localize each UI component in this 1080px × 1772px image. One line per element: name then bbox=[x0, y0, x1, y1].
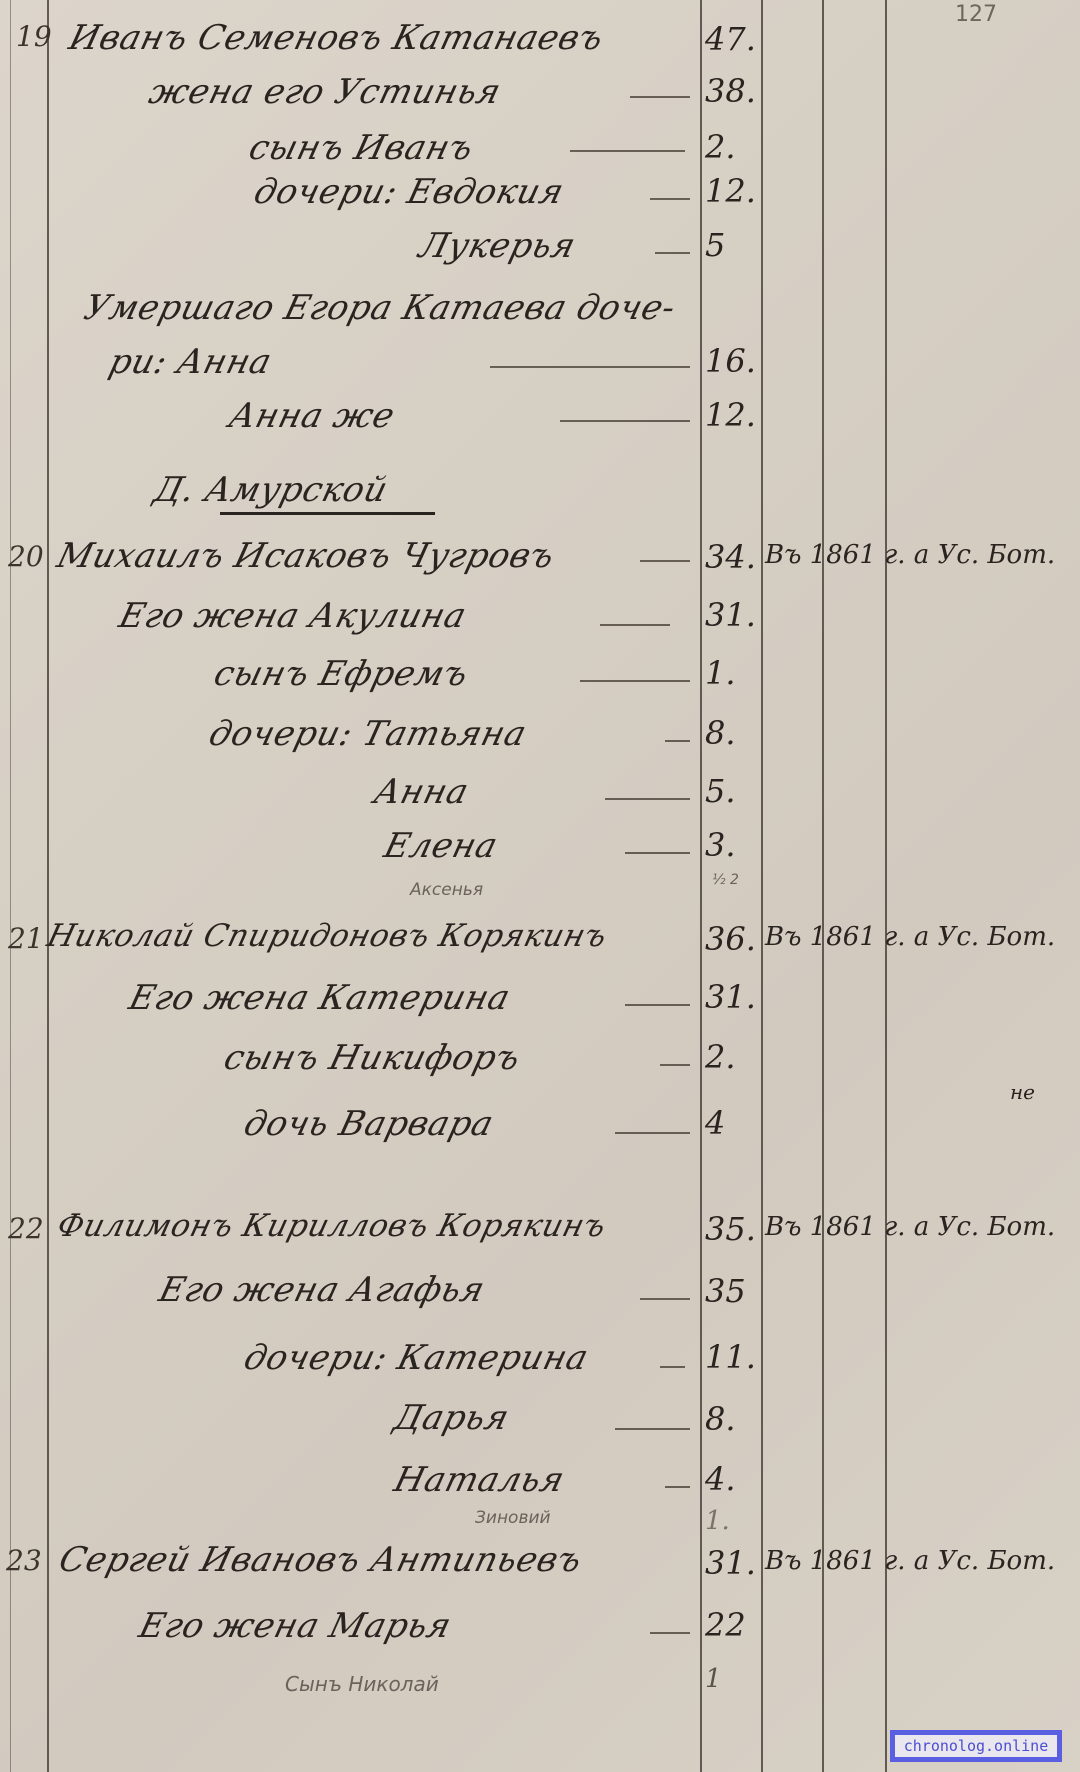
member-name: дочь Варвара bbox=[240, 1104, 498, 1144]
member-name: Умершаго Егора Катаева доче- bbox=[80, 288, 680, 328]
dash bbox=[650, 1632, 690, 1634]
dash bbox=[605, 798, 690, 800]
dash bbox=[490, 366, 690, 368]
age: 8. bbox=[705, 714, 736, 752]
entry-number: 22 bbox=[8, 1212, 44, 1245]
pencil-name-note: Зиновий bbox=[475, 1508, 551, 1528]
member-name: Наталья bbox=[390, 1460, 569, 1500]
dash bbox=[665, 1486, 690, 1488]
dash bbox=[615, 1132, 690, 1134]
age: 35. bbox=[705, 1210, 756, 1248]
dash bbox=[660, 1064, 690, 1066]
age: 16. bbox=[705, 342, 756, 380]
household-head: Филимонъ Кирилловъ Корякинъ bbox=[54, 1208, 610, 1244]
dash bbox=[655, 252, 690, 254]
member-name: Его жена Акулина bbox=[115, 596, 470, 636]
age: 12. bbox=[705, 172, 756, 210]
age: 5. bbox=[705, 772, 736, 810]
dash bbox=[665, 740, 690, 742]
remark: Въ 1861 г. а Ус. Бот. bbox=[765, 540, 1055, 570]
member-name: Анна bbox=[370, 772, 473, 812]
household-head: Иванъ Семеновъ Катанаевъ bbox=[65, 18, 607, 58]
dash bbox=[570, 150, 685, 152]
age: 3. bbox=[705, 826, 736, 864]
entry-number: 23 bbox=[6, 1544, 42, 1577]
household-head: Сергей Ивановъ Антипьевъ bbox=[55, 1540, 586, 1580]
age: 31. bbox=[705, 596, 756, 634]
remark: Въ 1861 г. а Ус. Бот. bbox=[765, 1546, 1055, 1576]
village-header-underline bbox=[220, 512, 435, 515]
age: 22 bbox=[705, 1606, 746, 1644]
dash bbox=[640, 1298, 690, 1300]
watermark-badge: chronolog.online bbox=[890, 1730, 1062, 1762]
column-rule-age bbox=[700, 0, 702, 1772]
age: 12. bbox=[705, 396, 756, 434]
pencil-age: 1. bbox=[705, 1506, 730, 1536]
pencil-name-note: Сынъ Николай bbox=[285, 1672, 439, 1696]
remark: Въ 1861 г. а Ус. Бот. bbox=[765, 922, 1055, 952]
dash bbox=[580, 680, 690, 682]
column-rule-remark-3 bbox=[885, 0, 887, 1772]
member-name: Лукерья bbox=[415, 226, 580, 266]
member-name: Его жена Катерина bbox=[125, 978, 514, 1018]
column-rule-remark-2 bbox=[822, 0, 824, 1772]
age: 4 bbox=[705, 1104, 725, 1142]
member-name: Елена bbox=[380, 826, 502, 866]
age: 5 bbox=[705, 226, 725, 264]
column-rule-number bbox=[47, 0, 49, 1772]
member-name: ри: Анна bbox=[105, 342, 276, 382]
dash bbox=[660, 1366, 685, 1368]
age: 2. bbox=[705, 1038, 736, 1076]
entry-number: 19 bbox=[16, 20, 52, 53]
age: 34. bbox=[705, 538, 756, 576]
pencil-age-note: ½ 2 bbox=[712, 872, 739, 888]
member-name: дочери: Татьяна bbox=[205, 714, 531, 754]
member-name: Его жена Марья bbox=[135, 1606, 455, 1646]
age: 2. bbox=[705, 128, 736, 166]
dash bbox=[640, 560, 690, 562]
age: 38. bbox=[705, 72, 756, 110]
remark: Въ 1861 г. а Ус. Бот. bbox=[765, 1212, 1055, 1242]
page-number: 127 bbox=[955, 2, 997, 27]
age: 31. bbox=[705, 1544, 756, 1582]
dash bbox=[625, 1004, 690, 1006]
pencil-age: 1 bbox=[705, 1664, 722, 1694]
household-head: Михаилъ Исаковъ Чугровъ bbox=[53, 536, 559, 576]
member-name: дочери: Евдокия bbox=[250, 172, 568, 212]
entry-number: 21 bbox=[8, 922, 44, 955]
margin-mark: не bbox=[1010, 1080, 1035, 1104]
age: 1. bbox=[705, 654, 736, 692]
entry-number: 20 bbox=[8, 540, 44, 573]
watermark-text: chronolog.online bbox=[895, 1735, 1057, 1757]
age: 35 bbox=[705, 1272, 746, 1310]
column-rule-remark-1 bbox=[761, 0, 763, 1772]
pencil-name-note: Аксенья bbox=[410, 880, 483, 900]
age: 8. bbox=[705, 1400, 736, 1438]
dash bbox=[560, 420, 690, 422]
dash bbox=[630, 96, 690, 98]
member-name: дочери: Катерина bbox=[240, 1338, 592, 1378]
age: 11. bbox=[705, 1338, 756, 1376]
member-name: жена его Устинья bbox=[145, 72, 505, 112]
dash bbox=[650, 198, 690, 200]
age: 47. bbox=[705, 20, 756, 58]
member-name: Дарья bbox=[390, 1398, 513, 1438]
member-name: сынъ Никифоръ bbox=[220, 1038, 524, 1078]
member-name: сынъ Ефремъ bbox=[210, 654, 472, 694]
dash bbox=[625, 852, 690, 854]
member-name: сынъ Иванъ bbox=[245, 128, 477, 168]
member-name: Анна же bbox=[225, 396, 399, 436]
village-header: Д. Амурской bbox=[150, 470, 392, 510]
member-name: Его жена Агафья bbox=[155, 1270, 489, 1310]
dash bbox=[600, 624, 670, 626]
dash bbox=[615, 1428, 690, 1430]
age: 36. bbox=[705, 920, 756, 958]
age: 4. bbox=[705, 1460, 736, 1498]
age: 31. bbox=[705, 978, 756, 1016]
household-head: Николай Спиридоновъ Корякинъ bbox=[44, 918, 611, 954]
column-rule-outer-left bbox=[10, 0, 11, 1772]
